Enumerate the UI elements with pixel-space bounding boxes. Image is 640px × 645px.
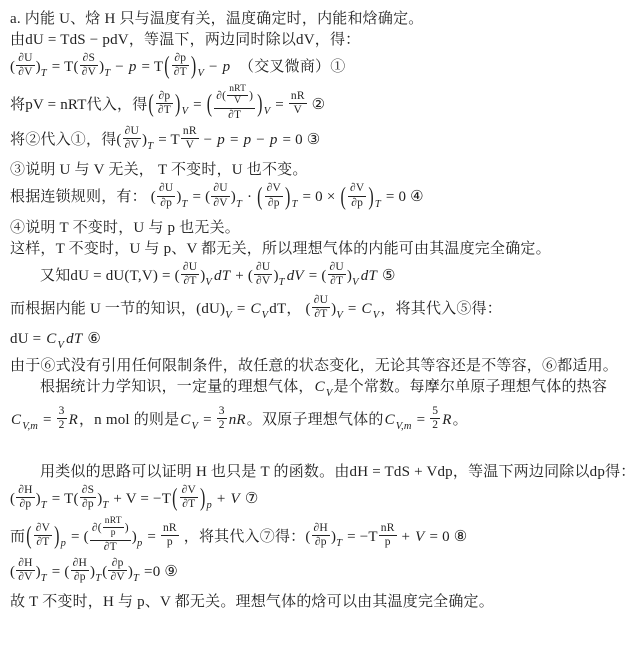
- fraction-denominator: ∂p: [312, 536, 330, 549]
- fraction-denominator: 2: [430, 419, 440, 432]
- fraction-numerator: ∂U: [16, 52, 34, 66]
- fraction: 32: [57, 405, 67, 432]
- text-run: ⑤: [378, 268, 396, 284]
- fraction-numerator: ∂U: [312, 294, 330, 308]
- fraction-denominator: ∂V: [108, 571, 126, 584]
- fraction-denominator: ∂p: [265, 197, 283, 210]
- text-run: ∂V: [267, 182, 281, 194]
- fraction-denominator: ∂V: [16, 66, 34, 79]
- fraction-numerator: nR: [181, 125, 199, 139]
- fraction-denominator: ∂T: [312, 308, 330, 321]
- document-page: a. 内能 U、焓 H 只与温度有关，温度确定时，内能和焓确定。由dU = Td…: [0, 0, 640, 645]
- text-run: +: [213, 491, 230, 507]
- fraction-numerator: ∂S: [80, 52, 98, 66]
- math-variable: V: [414, 529, 425, 545]
- text-run: ): [273, 268, 278, 284]
- text-run: ∂U: [125, 125, 139, 137]
- math-subscript: V: [262, 310, 269, 321]
- fraction-numerator: ∂V: [180, 484, 198, 498]
- fraction-denominator: ∂T: [214, 109, 255, 122]
- fraction-numerator: ∂V: [34, 522, 52, 536]
- math-subscript: V: [352, 277, 359, 288]
- text-run: −: [252, 132, 269, 148]
- text-run: ∂(: [216, 90, 226, 102]
- text-line: 将②代入①，得(∂U∂V)T = TnRV − p = p − p = 0 ③: [10, 127, 632, 157]
- text-run: (: [10, 59, 15, 75]
- text-run: ∂U: [18, 52, 32, 64]
- text-run: ∂H: [18, 557, 32, 569]
- fraction-denominator: V: [181, 139, 199, 152]
- fraction-numerator: ∂p: [172, 52, 189, 66]
- fraction-numerator: ∂S: [80, 484, 96, 498]
- math-subscript: T: [236, 199, 242, 210]
- fraction: nRV: [181, 125, 199, 152]
- text-run: ∂S: [82, 484, 94, 496]
- text-run: ∂V: [350, 182, 364, 194]
- fraction-numerator: ∂V: [348, 182, 366, 196]
- text-run: ∂V: [82, 66, 96, 78]
- fraction-denominator: p: [103, 528, 124, 539]
- text-run: p: [111, 528, 116, 538]
- math-subscript: T: [133, 573, 139, 584]
- fraction: ∂S∂p: [80, 484, 96, 511]
- math-subscript: T: [104, 68, 110, 79]
- text-run: ∂p: [19, 498, 31, 510]
- text-run: ，n mol 的则是: [79, 412, 179, 428]
- big-paren: ): [368, 181, 374, 214]
- text-line: 由dU = TdS − pdV，等温下，两边同时除以dV，得：: [10, 30, 632, 51]
- text-run: ∂U: [183, 261, 197, 273]
- fraction-denominator: p: [161, 536, 179, 549]
- math-subscript: T: [292, 199, 298, 210]
- text-run: = 0 ④: [382, 190, 424, 206]
- text-run: ): [249, 90, 253, 102]
- fraction: nRV: [289, 90, 307, 117]
- fraction-numerator: ∂U: [181, 261, 199, 275]
- fraction-denominator: ∂V: [80, 66, 98, 79]
- fraction-denominator: ∂T: [180, 498, 198, 511]
- math-subscript: p: [61, 538, 66, 549]
- fraction: ∂V∂T: [180, 484, 198, 511]
- text-run: =: [199, 412, 216, 428]
- math-variable: R: [68, 412, 79, 428]
- fraction: ∂U∂V: [123, 125, 141, 152]
- text-run: ，将其代入⑦得：(: [180, 529, 311, 545]
- text-run: ∂T: [174, 66, 187, 78]
- fraction: ∂U∂T: [328, 261, 346, 288]
- text-line: 而根据内能 U 一节的知识，(dU)V = CVdT， (∂U∂T)V = CV…: [10, 296, 632, 326]
- fraction-denominator: ∂T: [172, 66, 189, 79]
- text-line: ④说明 T 不变时，U 与 p 也无关。: [10, 218, 632, 239]
- math-subscript: T: [375, 199, 381, 210]
- fraction: ∂p∂T: [156, 90, 173, 117]
- text-run: =: [413, 412, 430, 428]
- math-variable: p: [269, 132, 279, 148]
- text-run: 。双原子理想气体的: [247, 412, 384, 428]
- math-variable: p: [243, 132, 253, 148]
- math-subscript: V,m: [22, 421, 38, 432]
- text-run: =: [226, 132, 243, 148]
- text-run: = (: [67, 529, 89, 545]
- fraction-numerator: ∂p: [156, 90, 173, 104]
- fraction-denominator: ∂V: [123, 139, 141, 152]
- text-run: ∂U: [159, 182, 173, 194]
- text-run: ∂V: [125, 139, 139, 151]
- text-run: V: [294, 104, 303, 116]
- fraction-denominator: ∂T: [156, 104, 173, 117]
- text-run: = (: [189, 190, 211, 206]
- math-subscript: T: [41, 500, 47, 511]
- fraction: ∂p∂T: [172, 52, 189, 79]
- text-run: 。: [453, 412, 468, 428]
- text-run: ∂p: [74, 571, 86, 583]
- text-run: ④说明 T 不变时，U 与 p 也无关。: [10, 220, 240, 236]
- text-run: ∂U: [330, 261, 344, 273]
- text-run: a. 内能 U、焓 H 只与温度有关，温度确定时，内能和焓确定。: [10, 11, 423, 27]
- big-paren: ): [285, 181, 291, 214]
- text-line: 这样，T 不变时，U 与 p、V 都无关，所以理想气体的内能可由其温度完全确定。: [10, 239, 632, 260]
- math-variable: V: [230, 491, 241, 507]
- text-line: dU = CVdT ⑥: [10, 329, 632, 356]
- math-subscript: T: [41, 573, 47, 584]
- text-run: ∂p: [351, 197, 363, 209]
- text-run: ∂H: [73, 557, 87, 569]
- text-run: = 0 ③: [279, 132, 321, 148]
- text-run: ∂V: [18, 571, 32, 583]
- fraction: 32: [217, 405, 227, 432]
- text-run: ∂T: [36, 536, 49, 548]
- text-line: [10, 440, 632, 462]
- math-subscript: V: [205, 277, 212, 288]
- fraction-denominator: ∂p: [71, 571, 89, 584]
- text-run: ∂U: [256, 261, 270, 273]
- math-variable: dT: [213, 268, 231, 284]
- fraction-numerator: ∂(nRTp): [90, 517, 131, 541]
- fraction-denominator: ∂V: [254, 275, 272, 288]
- text-run: nR: [163, 522, 177, 534]
- big-paren: ): [200, 482, 206, 515]
- text-line: 而(∂V∂T)p = (∂(nRTp)∂T)p = nRp ，将其代入⑦得：(∂…: [10, 519, 632, 556]
- math-subscript: V: [373, 310, 380, 321]
- fraction-numerator: 3: [217, 405, 227, 419]
- text-run: ∂T: [158, 104, 171, 116]
- text-run: 由于⑥式没有引用任何限制条件，故任意的状态变化，无论其等容还是不等容，⑥都适用。: [10, 358, 618, 374]
- text-line: (∂H∂p)T = T(∂S∂p)T + V = −T(∂V∂T)p + V ⑦: [10, 486, 632, 516]
- text-line: CV,m = 32R，n mol 的则是CV = 32nR。双原子理想气体的CV…: [10, 407, 632, 437]
- text-run: p: [167, 536, 173, 548]
- text-run: 用类似的思路可以证明 H 也只是 T 的函数。由dH = TdS + Vdp，等…: [40, 464, 635, 480]
- text-run: ∂(: [92, 522, 102, 534]
- fraction-denominator: ∂T: [90, 541, 131, 554]
- text-run: −: [205, 59, 222, 75]
- math-variable: R: [441, 412, 452, 428]
- big-paren: (: [172, 482, 178, 515]
- text-run: ⑦: [241, 491, 259, 507]
- text-run: p: [385, 536, 391, 548]
- math-variable: C: [314, 379, 326, 395]
- text-run: (: [102, 564, 107, 580]
- text-run: ): [125, 522, 129, 534]
- text-run: nRT: [105, 516, 122, 526]
- text-run: 将pV = nRT代入，得: [10, 97, 147, 113]
- big-paren: ): [191, 50, 197, 83]
- text-run: V: [186, 139, 195, 151]
- text-run: = T(: [48, 491, 79, 507]
- text-run: 5: [432, 405, 438, 417]
- text-run: =: [143, 529, 160, 545]
- fraction-denominator: p: [379, 536, 397, 549]
- text-run: ∂V: [256, 275, 270, 287]
- fraction-numerator: 5: [430, 405, 440, 419]
- text-run: ∂p: [112, 557, 124, 569]
- fraction-denominator: ∂T: [328, 275, 346, 288]
- fraction: 52: [430, 405, 440, 432]
- text-run: ∂p: [315, 536, 327, 548]
- fraction-numerator: ∂V: [265, 182, 283, 196]
- text-run: ∂V: [110, 571, 124, 583]
- text-run: ∂U: [213, 182, 227, 194]
- math-variable: C: [384, 412, 396, 428]
- math-subscript: T: [41, 68, 47, 79]
- text-line: 根据统计力学知识，一定量的理想气体，CV是个常数。每摩尔单原子理想气体的热容: [10, 377, 632, 404]
- text-run: 这样，T 不变时，U 与 p、V 都无关，所以理想气体的内能可由其温度完全确定。: [10, 241, 551, 257]
- text-run: ∂V: [213, 197, 227, 209]
- fraction-numerator: ∂H: [71, 557, 89, 571]
- fraction: nRp: [161, 522, 179, 549]
- fraction-numerator: ∂H: [16, 484, 34, 498]
- text-run: ∂T: [314, 308, 327, 320]
- fraction-numerator: nR: [161, 522, 179, 536]
- text-line: ③说明 U 与 V 无关， T 不变时，U 也不变。: [10, 160, 632, 181]
- text-run: =: [233, 301, 250, 317]
- text-run: = (: [305, 268, 327, 284]
- fraction-denominator: V: [227, 96, 248, 107]
- text-run: = (: [48, 564, 70, 580]
- fraction: ∂U∂V: [211, 182, 229, 209]
- document-body: a. 内能 U、焓 H 只与温度有关，温度确定时，内能和焓确定。由dU = Td…: [10, 9, 632, 613]
- text-run: + (: [231, 268, 253, 284]
- text-run: = 0 ⑧: [426, 529, 468, 545]
- text-run: =: [344, 301, 361, 317]
- fraction: ∂(nRTV)∂T: [214, 85, 255, 122]
- text-run: 2: [219, 419, 225, 431]
- fraction: ∂U∂T: [181, 261, 199, 288]
- fraction-numerator: nRT: [103, 516, 124, 528]
- fraction: ∂H∂V: [16, 557, 34, 584]
- math-subscript: T: [147, 141, 153, 152]
- text-run: 根据连锁规则，有： (: [10, 190, 156, 206]
- fraction-denominator: ∂T: [34, 536, 52, 549]
- text-run: ∂T: [183, 275, 196, 287]
- math-variable: C: [249, 301, 261, 317]
- fraction-numerator: ∂U: [211, 182, 229, 196]
- text-run: ∂p: [268, 197, 280, 209]
- text-run: 是个常数。每摩尔单原子理想气体的热容: [333, 379, 607, 395]
- fraction-numerator: nR: [379, 522, 397, 536]
- fraction-denominator: ∂V: [16, 571, 34, 584]
- text-run: ，将其代入⑤得：: [380, 301, 502, 317]
- fraction: ∂S∂V: [80, 52, 98, 79]
- text-run: 又知dU = dU(T,V) = (: [40, 268, 180, 284]
- text-run: =: [189, 97, 206, 113]
- fraction: ∂p∂V: [108, 557, 126, 584]
- text-run: −: [200, 132, 217, 148]
- text-run: V: [234, 96, 241, 106]
- math-subscript: T: [336, 538, 342, 549]
- text-run: (: [10, 491, 15, 507]
- text-run: ∂p: [174, 52, 186, 64]
- text-run: ∂V: [182, 484, 196, 496]
- big-paren: (: [148, 88, 154, 121]
- big-paren: (: [340, 181, 346, 214]
- big-paren: (: [26, 520, 32, 553]
- text-run: dT， (: [269, 301, 310, 317]
- fraction-numerator: 3: [57, 405, 67, 419]
- fraction: nRTp: [103, 516, 124, 539]
- fraction-numerator: ∂p: [108, 557, 126, 571]
- math-subscript: V: [326, 388, 333, 399]
- text-run: （交叉微商）①: [231, 59, 345, 75]
- text-run: ∂H: [314, 522, 328, 534]
- math-subscript: T: [102, 500, 108, 511]
- math-subscript: p: [137, 538, 142, 549]
- math-variable: dT: [65, 331, 83, 347]
- fraction-denominator: ∂T: [181, 275, 199, 288]
- text-run: 而: [10, 529, 25, 545]
- math-variable: C: [10, 412, 22, 428]
- big-paren: (: [164, 50, 170, 83]
- fraction: ∂U∂V: [254, 261, 272, 288]
- fraction: ∂V∂p: [348, 182, 366, 209]
- fraction-numerator: ∂H: [312, 522, 330, 536]
- text-run: ∂V: [18, 66, 32, 78]
- fraction-numerator: nRT: [227, 84, 248, 96]
- text-run: ∂H: [18, 484, 32, 496]
- fraction: ∂U∂p: [157, 182, 175, 209]
- fraction: ∂U∂T: [312, 294, 330, 321]
- text-line: (∂H∂V)T = (∂H∂p)T(∂p∂V)T =0 ⑨: [10, 559, 632, 589]
- text-run: nR: [291, 90, 305, 102]
- math-variable: p: [222, 59, 232, 75]
- text-run: = T: [154, 132, 180, 148]
- text-run: nRT: [229, 84, 246, 94]
- fraction-denominator: ∂V: [211, 197, 229, 210]
- math-subscript: V: [225, 310, 232, 321]
- fraction-denominator: V: [289, 104, 307, 117]
- fraction-numerator: ∂U: [157, 182, 175, 196]
- text-run: 故 T 不变时，H 与 p、V 都无关。理想气体的焓可以由其温度完全确定。: [10, 594, 494, 610]
- text-run: ③说明 U 与 V 无关， T 不变时，U 也不变。: [10, 162, 308, 178]
- big-paren: ): [54, 520, 60, 553]
- text-run: 2: [432, 419, 438, 431]
- text-line: 根据连锁规则，有： (∂U∂p)T = (∂U∂V)T · (∂V∂p)T = …: [10, 184, 632, 214]
- text-run: 而根据内能 U 一节的知识，(dU): [10, 301, 225, 317]
- text-run: 根据统计力学知识，一定量的理想气体，: [40, 379, 314, 395]
- fraction-denominator: 2: [57, 419, 67, 432]
- text-run: ∂p: [159, 90, 171, 102]
- text-run: nR: [381, 522, 395, 534]
- math-variable: C: [179, 412, 191, 428]
- big-paren: (: [207, 88, 213, 121]
- fraction: ∂H∂p: [312, 522, 330, 549]
- text-run: =: [39, 412, 56, 428]
- text-line: 又知dU = dU(T,V) = (∂U∂T)VdT + (∂U∂V)TdV =…: [10, 263, 632, 293]
- text-run: ∂S: [83, 52, 95, 64]
- fraction-numerator: ∂H: [16, 557, 34, 571]
- text-run: 将②代入①，得(: [10, 132, 122, 148]
- big-paren: ): [175, 88, 181, 121]
- math-subscript: V: [182, 106, 189, 117]
- fraction: ∂H∂p: [16, 484, 34, 511]
- math-subscript: T: [182, 199, 188, 210]
- text-run: 由dU = TdS − pdV，等温下，两边同时除以dV，得：: [10, 32, 360, 48]
- math-variable: p: [128, 59, 138, 75]
- text-line: 由于⑥式没有引用任何限制条件，故任意的状态变化，无论其等容还是不等容，⑥都适用。: [10, 356, 632, 377]
- text-run: ·: [243, 190, 256, 206]
- fraction-numerator: ∂U: [254, 261, 272, 275]
- math-subscript: T: [95, 573, 101, 584]
- fraction-denominator: ∂p: [348, 197, 366, 210]
- text-run: +: [398, 529, 415, 545]
- fraction-numerator: ∂(nRTV): [214, 85, 255, 109]
- fraction-numerator: nR: [289, 90, 307, 104]
- math-variable: nR: [228, 412, 247, 428]
- text-line: 用类似的思路可以证明 H 也只是 T 的函数。由dH = TdS + Vdp，等…: [10, 462, 632, 483]
- text-run: nR: [183, 125, 197, 137]
- fraction-denominator: ∂p: [16, 498, 34, 511]
- math-subscript: V,m: [396, 421, 412, 432]
- text-run: ∂V: [36, 522, 50, 534]
- text-run: ∂U: [314, 294, 328, 306]
- math-subscript: V: [336, 310, 343, 321]
- text-run: 3: [219, 405, 225, 417]
- text-run: =0 ⑨: [140, 564, 178, 580]
- text-run: = T(: [48, 59, 79, 75]
- text-run: ∂T: [104, 541, 117, 553]
- math-variable: dT: [360, 268, 378, 284]
- text-run: dU =: [10, 331, 45, 347]
- text-run: = −T: [343, 529, 378, 545]
- fraction: ∂V∂p: [265, 182, 283, 209]
- math-subscript: V: [58, 340, 65, 351]
- math-subscript: p: [207, 500, 212, 511]
- big-paren: (: [257, 181, 263, 214]
- math-variable: dV: [286, 268, 305, 284]
- math-subscript: V: [197, 68, 204, 79]
- fraction-numerator: ∂U: [328, 261, 346, 275]
- fraction-denominator: 2: [217, 419, 227, 432]
- fraction: ∂V∂T: [34, 522, 52, 549]
- fraction-denominator: ∂p: [80, 498, 96, 511]
- big-paren: ): [257, 88, 263, 121]
- math-variable: p: [216, 132, 226, 148]
- text-run: ): [176, 190, 181, 206]
- text-run: = 0 ×: [299, 190, 340, 206]
- text-run: ∂p: [160, 197, 172, 209]
- text-run: =: [271, 97, 288, 113]
- text-run: ⑥: [83, 331, 101, 347]
- text-run: ∂T: [182, 498, 195, 510]
- fraction: nRTV: [227, 84, 248, 107]
- text-run: (: [10, 564, 15, 580]
- text-line: 将pV = nRT代入，得(∂p∂T)V = (∂(nRTV)∂T)V = nR…: [10, 87, 632, 124]
- text-run: + V = −T: [109, 491, 171, 507]
- math-subscript: V: [264, 106, 271, 117]
- text-run: ②: [308, 97, 326, 113]
- fraction: ∂(nRTp)∂T: [90, 517, 131, 554]
- math-variable: C: [361, 301, 373, 317]
- text-run: ∂p: [82, 498, 94, 510]
